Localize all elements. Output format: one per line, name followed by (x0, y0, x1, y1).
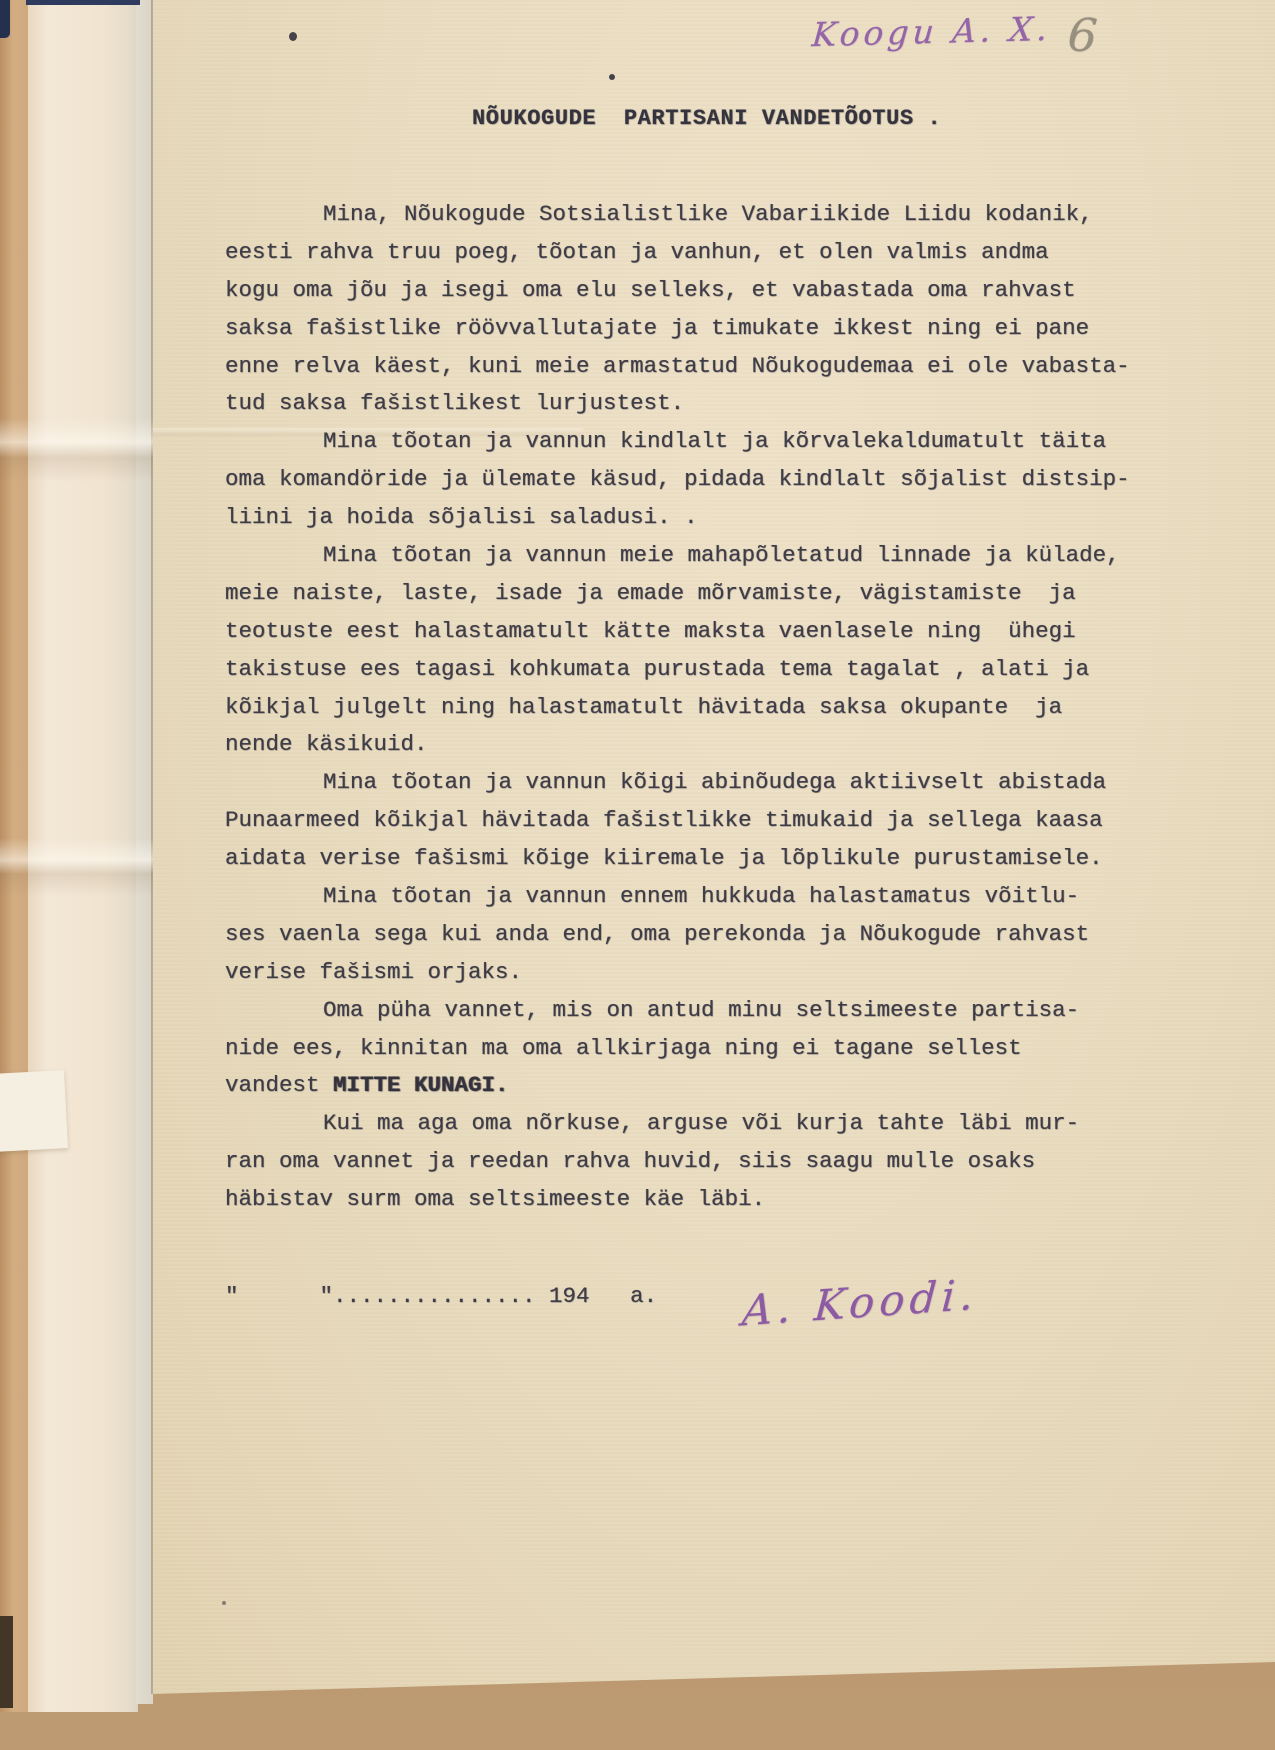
scanned-document: Koogu A. X. 6 NÕUKOGUDE PARTISANI VANDET… (0, 0, 1275, 1750)
document-line: Mina tõotan ja vannun kõigi abinõudega a… (225, 764, 1165, 802)
scan-edge-artifact (26, 0, 140, 5)
document-line: saksa fašistlike röövvallutajate ja timu… (225, 310, 1165, 348)
document-text: Mina, Nõukogude Sotsialistlike Vabariiki… (225, 196, 1165, 1219)
document-line: Kui ma aga oma nõrkuse, arguse või kurja… (225, 1105, 1165, 1143)
document-line: oma komandöride ja ülemate käsud, pidada… (225, 461, 1165, 499)
document-line: ses vaenla sega kui anda end, oma pereko… (225, 916, 1165, 954)
document-line: vandest MITTE KUNAGI. (225, 1067, 1165, 1105)
pencil-page-number: 6 (1066, 7, 1099, 63)
ink-speck (222, 1601, 226, 1605)
document-line: nende käsikuid. (225, 726, 1165, 764)
document-line: Mina tõotan ja vannun ennem hukkuda hala… (225, 878, 1165, 916)
document-line: teotuste eest halastamatult kätte maksta… (225, 613, 1165, 651)
document-line: Mina, Nõukogude Sotsialistlike Vabariiki… (225, 196, 1165, 234)
document-line: verise fašismi orjaks. (225, 954, 1165, 992)
document-line: ran oma vannet ja reedan rahva huvid, si… (225, 1143, 1165, 1181)
paper-crease (0, 418, 153, 482)
document-line: Mina tõotan ja vannun kindlalt ja kõrval… (225, 423, 1165, 461)
document-line: takistuse ees tagasi kohkumata purustada… (225, 651, 1165, 689)
document-line: Mina tõotan ja vannun meie mahapõletatud… (225, 537, 1165, 575)
handwritten-archive-note: Koogu A. X. (811, 9, 1053, 54)
document-line: tud saksa fašistlikest lurjustest. (225, 385, 1165, 423)
document-line: häbistav surm oma seltsimeeste käe läbi. (225, 1181, 1165, 1219)
scan-corner-artifact-top (0, 0, 10, 38)
document-line: eesti rahva truu poeg, tõotan ja vanhun,… (225, 234, 1165, 272)
ink-speck (289, 32, 297, 41)
ink-speck (609, 74, 615, 80)
document-line: kogu oma jõu ja isegi oma elu selleks, e… (225, 272, 1165, 310)
date-line: " "............... 194 a. (225, 1283, 657, 1309)
document-line: kõikjal julgelt ning halastamatult hävit… (225, 689, 1165, 727)
scan-corner-artifact-bottom (0, 1616, 13, 1708)
document-line: Oma püha vannet, mis on antud minu selts… (225, 992, 1165, 1030)
document-line: liini ja hoida sõjalisi saladusi. . (225, 499, 1165, 537)
paper-crease (0, 838, 153, 896)
tape-patch (0, 1070, 68, 1152)
document-line: aidata verise fašismi kõige kiiremale ja… (225, 840, 1165, 878)
document-line: Punaarmeed kõikjal hävitada fašistlikke … (225, 802, 1165, 840)
document-title: NÕUKOGUDE PARTISANI VANDETÕOTUS . (472, 106, 941, 131)
document-line: enne relva käest, kuni meie armastatud N… (225, 348, 1165, 386)
document-line: meie naiste, laste, isade ja emade mõrva… (225, 575, 1165, 613)
document-line: nide ees, kinnitan ma oma allkirjaga nin… (225, 1030, 1165, 1068)
